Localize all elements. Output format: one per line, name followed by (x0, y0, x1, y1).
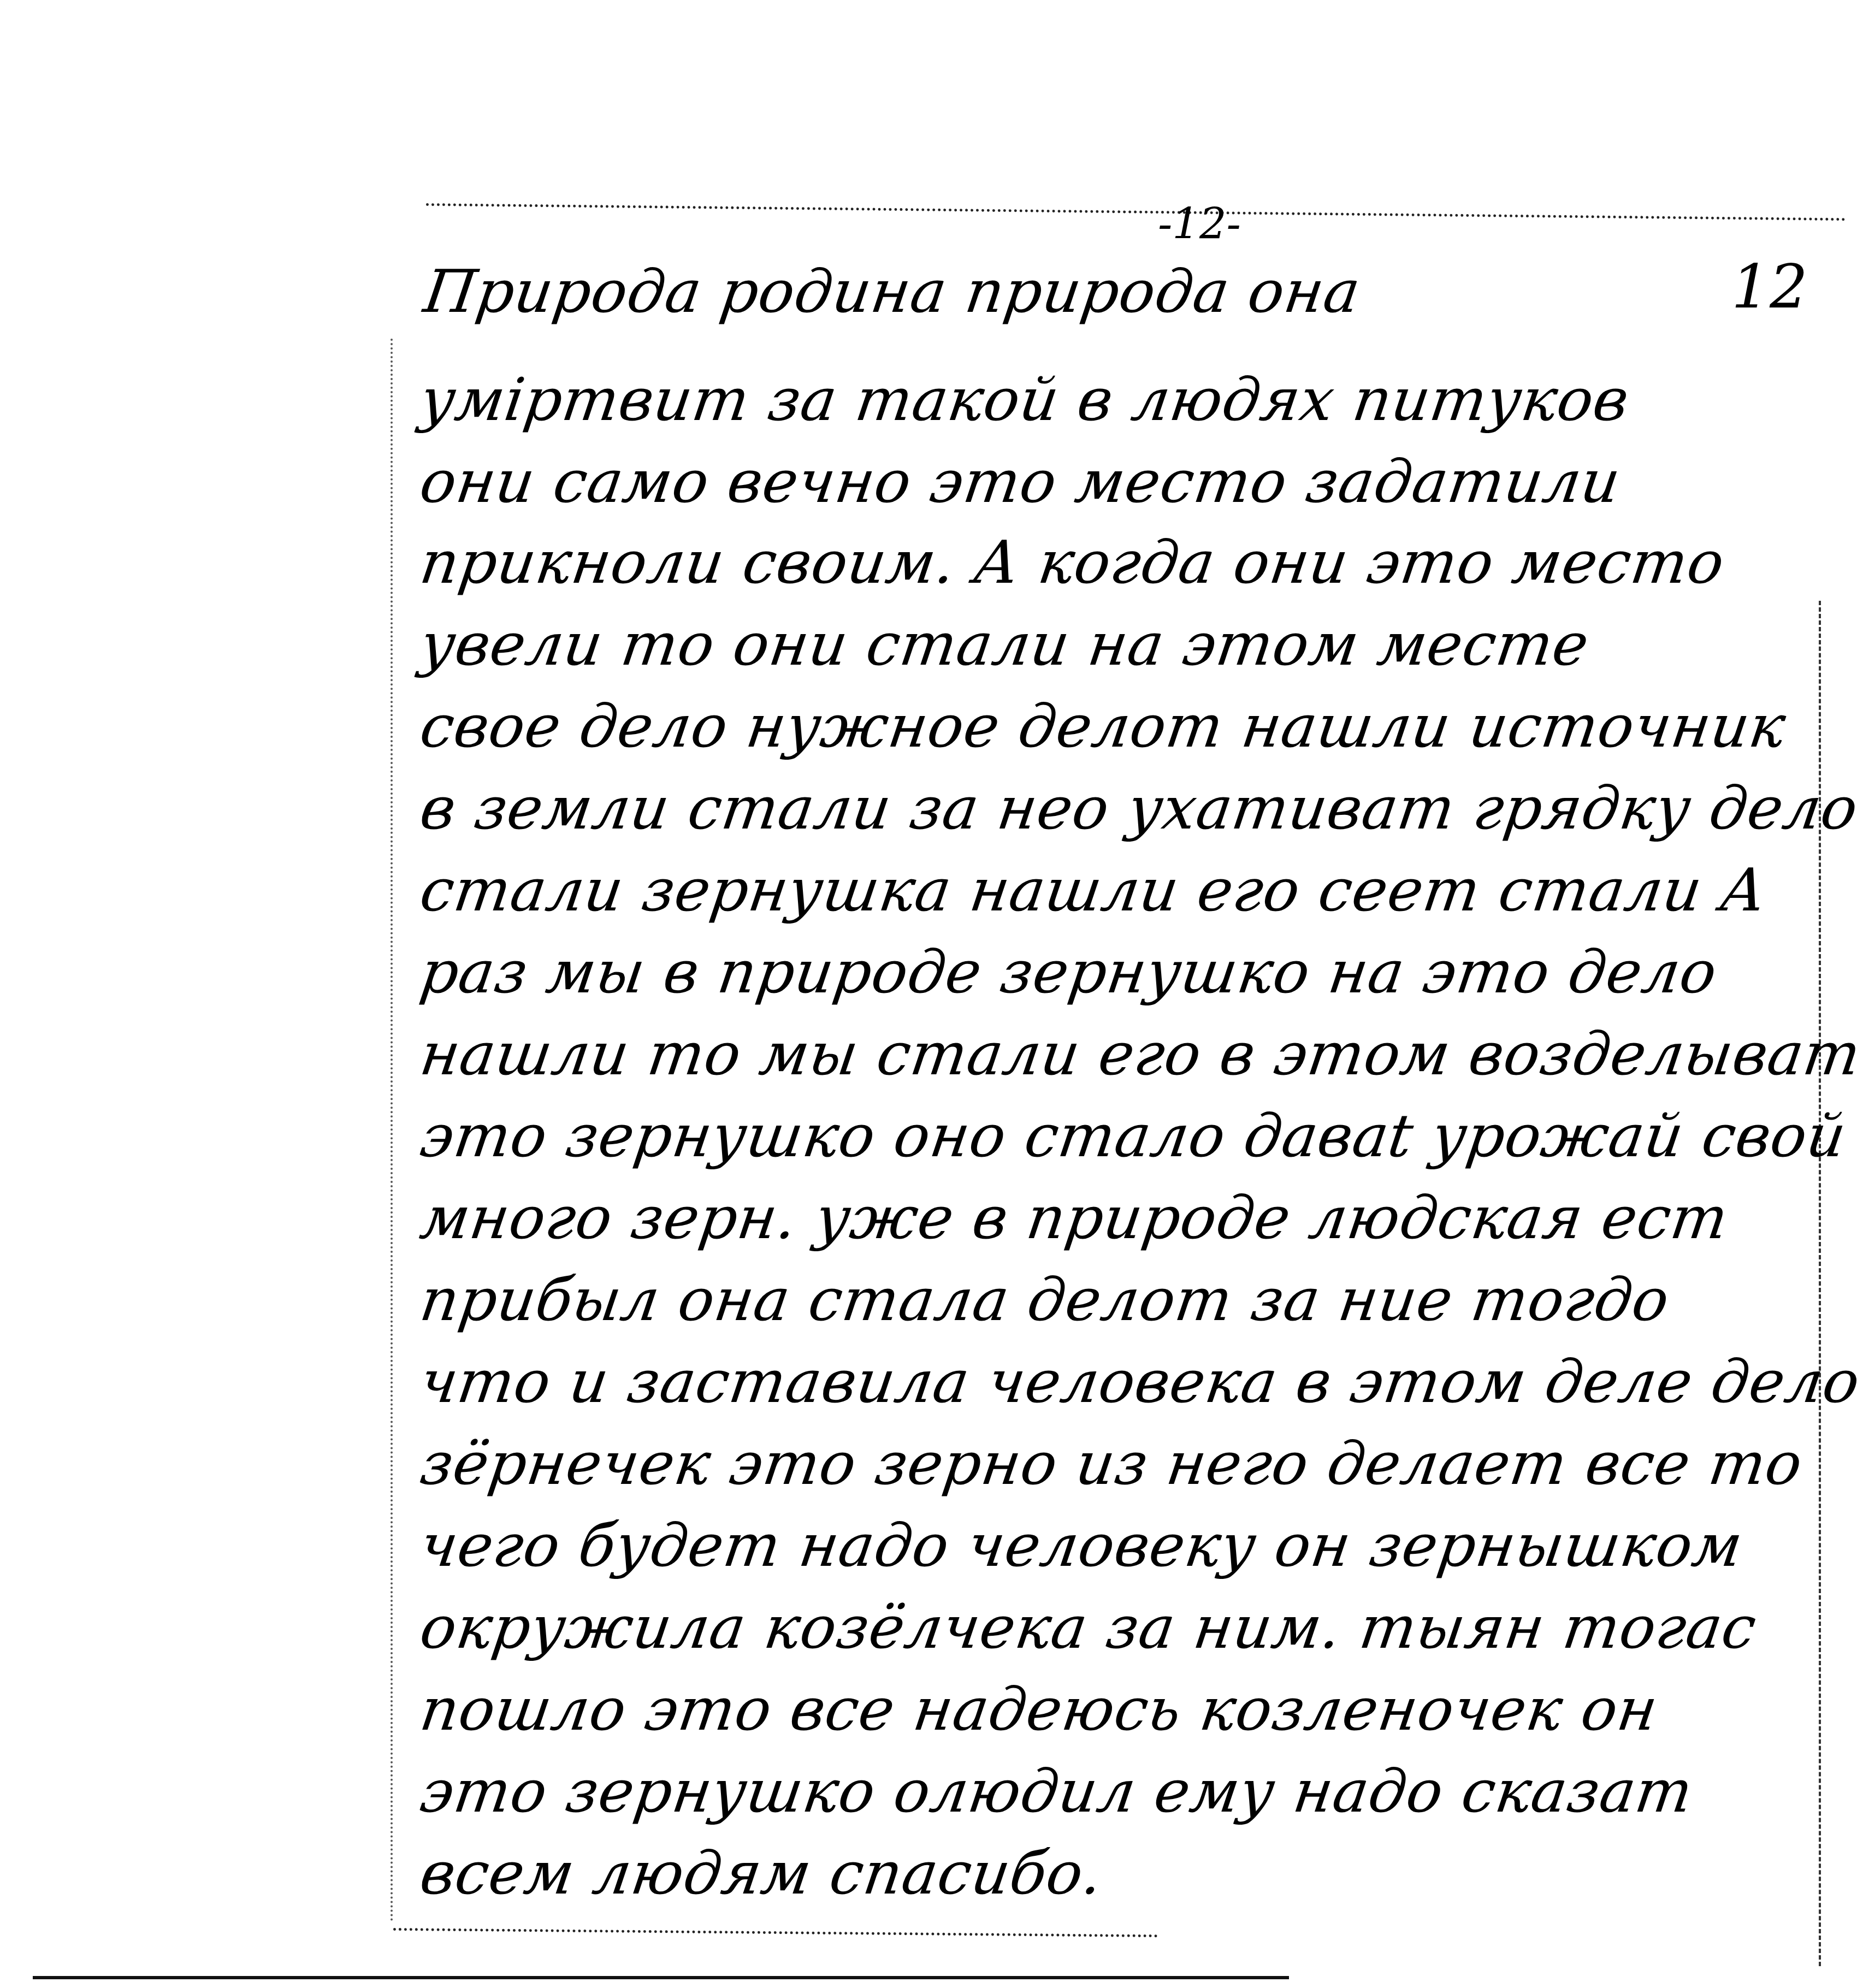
text-line: это зернушко олюдил ему надо сказат (415, 1751, 1825, 1833)
text-line: стали зернушка нашли его сеет стали А (415, 850, 1825, 932)
text-line: раз мы в природе зернушко на это дело (415, 932, 1825, 1014)
text-line: окружила козёлчека за ним. тыян тогас (415, 1587, 1825, 1669)
footer-dotted-rule (393, 1928, 1158, 1937)
header-dotted-rule (426, 203, 1846, 221)
text-line: Природа родина природа она (415, 251, 1829, 359)
text-line: прибыл она стала делот за ние тогдо (415, 1259, 1825, 1341)
text-line: в земли стали за нео ухативат грядку дел… (415, 768, 1825, 850)
page-number-header: -12- (1158, 203, 1241, 246)
text-line: это зернушко оно стало даваt урожай свой (415, 1096, 1825, 1178)
text-line: нашли то мы стали его в этом возделыват (415, 1014, 1825, 1096)
text-line: свое дело нужное делот нашли источник (415, 686, 1825, 768)
text-line: всем людям спасибо. (415, 1833, 1825, 1915)
text-line: что и заставила человека в этом деле дел… (415, 1341, 1825, 1423)
handwritten-text-body: Природа родина природа она уміртвит за т… (415, 251, 1813, 1915)
text-line: прикноли своим. А когда они это место (415, 522, 1825, 604)
left-margin-dots (391, 339, 393, 1922)
text-line: чего будет надо человеку он зернышком (415, 1505, 1825, 1587)
manuscript-page: -12- 12 Природа родина природа она умірт… (0, 0, 1857, 1988)
text-line: уміртвит за такой в людях питуков (415, 359, 1825, 441)
text-line: зёрнечек это зерно из него делает все то (415, 1423, 1825, 1505)
text-line: увели то они стали на этом месте (415, 604, 1825, 686)
scan-bottom-edge (33, 1976, 1289, 1979)
text-line: пошло это все надеюсь козленочек он (415, 1669, 1825, 1751)
text-line: они само вечно это место задатили (415, 441, 1825, 522)
text-line: много зерн. уже в природе людская ест (415, 1178, 1825, 1259)
